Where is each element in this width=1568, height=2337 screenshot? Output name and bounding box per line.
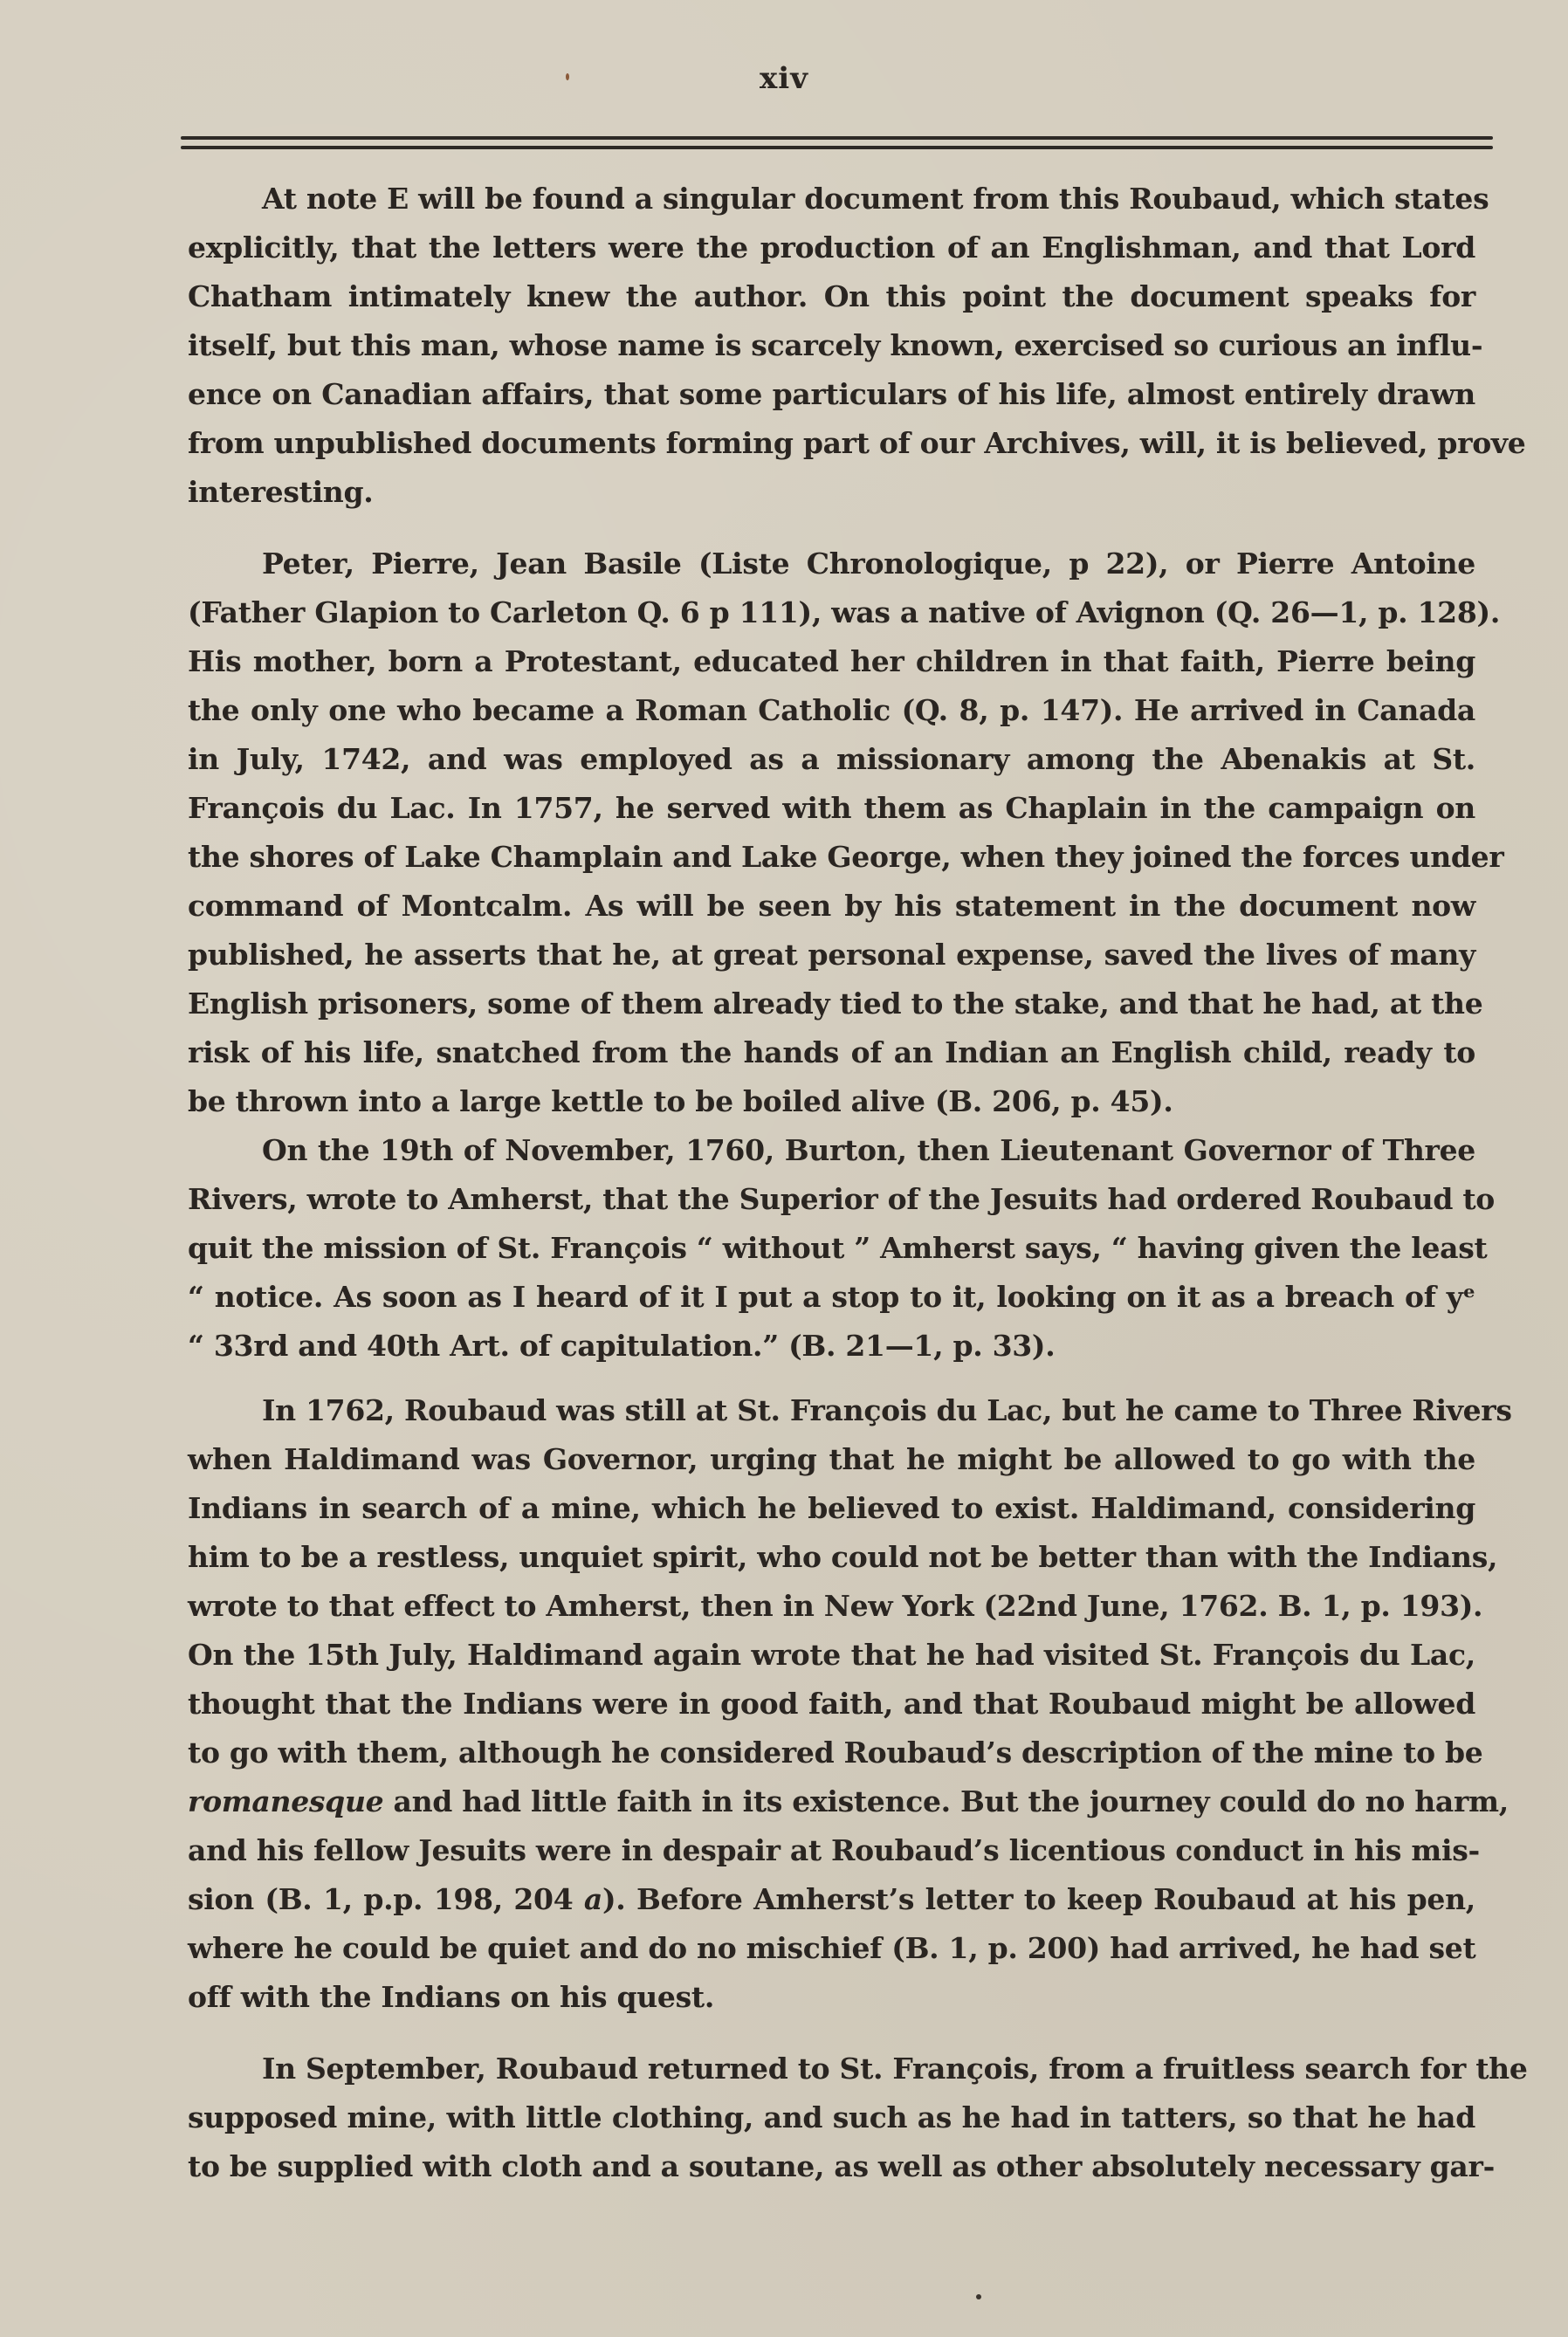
paragraph-mine-search: In 1762, Roubaud was still at St. Franço… xyxy=(188,1386,1475,2022)
text-span: and had little faith in its existence. B… xyxy=(383,1784,1509,1818)
text-line: (Father Glapion to Carleton Q. 6 p 111),… xyxy=(188,588,1475,637)
text-line: Peter, Pierre, Jean Basile (Liste Chrono… xyxy=(188,540,1475,588)
text-line: to be supplied with cloth and a soutane,… xyxy=(188,2142,1475,2191)
text-line: Rivers, wrote to Amherst, that the Super… xyxy=(188,1175,1475,1224)
text-span: sion (B. 1, p.p. 198, 204 xyxy=(188,1882,584,1916)
text-line: him to be a restless, unquiet spirit, wh… xyxy=(188,1533,1475,1582)
text-line: romanesque and had little faith in its e… xyxy=(188,1777,1475,1826)
text-line: explicitly, that the letters were the pr… xyxy=(188,223,1475,272)
paragraph-biography: Peter, Pierre, Jean Basile (Liste Chrono… xyxy=(188,540,1475,1126)
text-line: On the 19th of November, 1760, Burton, t… xyxy=(188,1126,1475,1175)
italic-letter: a xyxy=(584,1882,602,1916)
text-line: François du Lac. In 1757, he served with… xyxy=(188,784,1475,833)
text-line: itself, but this man, whose name is scar… xyxy=(188,321,1475,370)
text-line: wrote to that effect to Amherst, then in… xyxy=(188,1582,1475,1631)
text-line: be thrown into a large kettle to be boil… xyxy=(188,1077,1475,1126)
text-line: the shores of Lake Champlain and Lake Ge… xyxy=(188,833,1475,882)
text-line: On the 15th July, Haldimand again wrote … xyxy=(188,1631,1475,1680)
text-line: Indians in search of a mine, which he be… xyxy=(188,1484,1475,1533)
text-line: supposed mine, with little clothing, and… xyxy=(188,2093,1475,2142)
paragraph-spacer xyxy=(188,1371,1475,1386)
paragraph-note-e: At note E will be found a singular docum… xyxy=(188,175,1475,517)
text-line: command of Montcalm. As will be seen by … xyxy=(188,882,1475,931)
scan-speck xyxy=(976,2294,981,2299)
text-line: sion (B. 1, p.p. 198, 204 a). Before Amh… xyxy=(188,1875,1475,1924)
text-line: His mother, born a Protestant, educated … xyxy=(188,637,1475,686)
text-line: in July, 1742, and was employed as a mis… xyxy=(188,735,1475,784)
text-line: risk of his life, snatched from the hand… xyxy=(188,1028,1475,1077)
page-number: xiv xyxy=(0,61,1568,96)
text-line: the only one who became a Roman Catholic… xyxy=(188,686,1475,735)
text-line: to go with them, although he considered … xyxy=(188,1729,1475,1777)
paragraph-burton-letter: On the 19th of November, 1760, Burton, t… xyxy=(188,1126,1475,1371)
text-line: published, he asserts that he, at great … xyxy=(188,931,1475,979)
text-line: off with the Indians on his quest. xyxy=(188,1973,1475,2022)
text-line: from unpublished documents forming part … xyxy=(188,419,1475,468)
header-rule-bottom xyxy=(181,146,1493,149)
text-line: “ 33rd and 40th Art. of capitulation.” (… xyxy=(188,1322,1475,1371)
text-span: ). Before Amherst’s letter to keep Rouba… xyxy=(602,1882,1475,1916)
text-line: English prisoners, some of them already … xyxy=(188,979,1475,1028)
text-line: where he could be quiet and do no mischi… xyxy=(188,1924,1475,1973)
text-line: when Haldimand was Governor, urging that… xyxy=(188,1435,1475,1484)
text-line: interesting. xyxy=(188,468,1475,517)
scan-speck xyxy=(566,73,569,80)
text-line: Chatham intimately knew the author. On t… xyxy=(188,272,1475,321)
paragraph-spacer xyxy=(188,517,1475,540)
text-line: In 1762, Roubaud was still at St. Franço… xyxy=(188,1386,1475,1435)
paragraph-return: In September, Roubaud returned to St. Fr… xyxy=(188,2045,1475,2191)
text-line: In September, Roubaud returned to St. Fr… xyxy=(188,2045,1475,2093)
italic-word: romanesque xyxy=(188,1784,383,1818)
text-line: ence on Canadian affairs, that some part… xyxy=(188,370,1475,419)
text-line: At note E will be found a singular docum… xyxy=(188,175,1475,223)
text-line: and his fellow Jesuits were in despair a… xyxy=(188,1826,1475,1875)
text-line: thought that the Indians were in good fa… xyxy=(188,1680,1475,1729)
body-text: At note E will be found a singular docum… xyxy=(188,175,1475,2191)
text-line: “ notice. As soon as I heard of it I put… xyxy=(188,1273,1475,1322)
paragraph-spacer xyxy=(188,2022,1475,2045)
header-rule-top xyxy=(181,136,1493,140)
text-line: quit the mission of St. François “ witho… xyxy=(188,1224,1475,1273)
